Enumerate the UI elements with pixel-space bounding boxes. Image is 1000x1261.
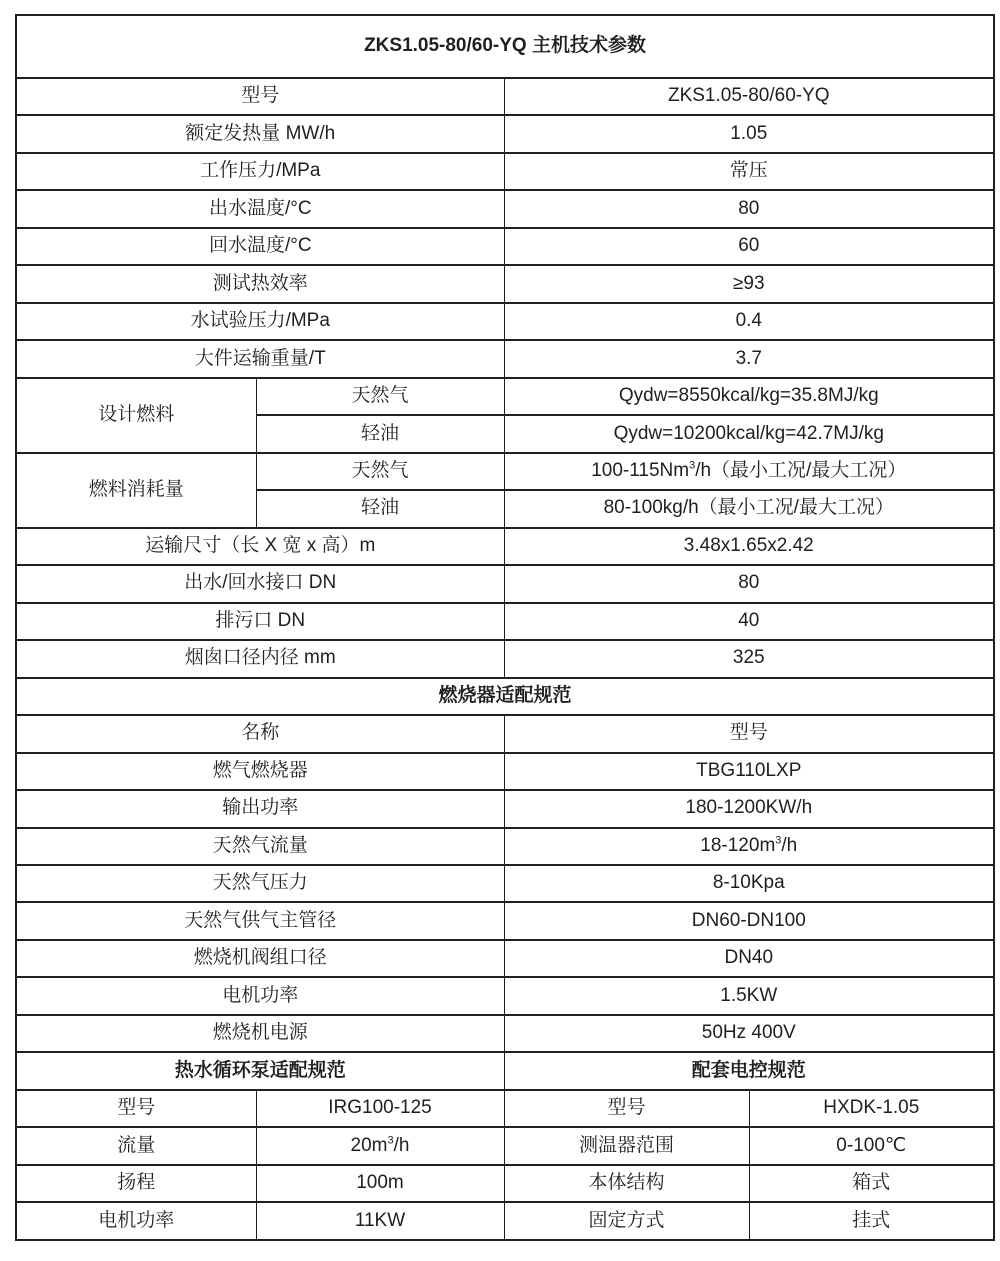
table-row: 回水温度/°C 60 [16,228,994,265]
table-row: 电机功率 11KW 固定方式 挂式 [16,1202,994,1240]
table-row: 水试验压力/MPa 0.4 [16,303,994,340]
row-label: 大件运输重量/T [16,340,504,377]
row-value: 3.48x1.65x2.42 [504,528,994,565]
row-value: 18-120m3/h [504,828,994,865]
row-value: IRG100-125 [256,1090,504,1127]
row-value: Qydw=8550kcal/kg=35.8MJ/kg [504,378,994,415]
row-label: 回水温度/°C [16,228,504,265]
row-label: 运输尺寸（长 X 宽 x 高）m [16,528,504,565]
row-label: 燃烧机电源 [16,1015,504,1052]
row-label: 固定方式 [504,1202,749,1240]
table-row: 名称 型号 [16,715,994,752]
row-value: 60 [504,228,994,265]
row-value: DN60-DN100 [504,902,994,939]
row-value: 8-10Kpa [504,865,994,902]
table-row: 出水/回水接口 DN 80 [16,565,994,602]
row-value: 40 [504,603,994,640]
table-row: 燃料消耗量 天然气 100-115Nm3/h（最小工况/最大工况） [16,453,994,490]
row-label: 出水温度/°C [16,190,504,227]
spec-table: ZKS1.05-80/60-YQ 主机技术参数 型号 ZKS1.05-80/60… [15,14,995,1241]
row-label: 型号 [504,1090,749,1127]
row-value: 80-100kg/h（最小工况/最大工况） [504,490,994,527]
row-value: 50Hz 400V [504,1015,994,1052]
table-row: 输出功率 180-1200KW/h [16,790,994,827]
value-text: /h [781,835,797,856]
section-header-row: 燃烧器适配规范 [16,678,994,715]
table-row: 运输尺寸（长 X 宽 x 高）m 3.48x1.65x2.42 [16,528,994,565]
row-value: 挂式 [749,1202,994,1240]
row-label: 流量 [16,1127,256,1164]
table-row: 天然气供气主管径 DN60-DN100 [16,902,994,939]
row-label: 燃气燃烧器 [16,753,504,790]
title-row: ZKS1.05-80/60-YQ 主机技术参数 [16,15,994,78]
row-label: 天然气供气主管径 [16,902,504,939]
table-row: 天然气流量 18-120m3/h [16,828,994,865]
value-text: /h（最小工况/最大工况） [695,460,906,481]
value-text: 100-115Nm [591,460,689,481]
table-row: 流量 20m3/h 测温器范围 0-100℃ [16,1127,994,1164]
row-label: 排污口 DN [16,603,504,640]
table-row: 测试热效率 ≥93 [16,265,994,302]
row-label: 电机功率 [16,1202,256,1240]
row-label: 天然气流量 [16,828,504,865]
row-value: 0-100℃ [749,1127,994,1164]
table-row: 出水温度/°C 80 [16,190,994,227]
row-label: 本体结构 [504,1165,749,1202]
row-value: 0.4 [504,303,994,340]
table-row: 额定发热量 MW/h 1.05 [16,115,994,152]
table-row: 设计燃料 天然气 Qydw=8550kcal/kg=35.8MJ/kg [16,378,994,415]
section-title: 燃烧器适配规范 [16,678,994,715]
row-value: ≥93 [504,265,994,302]
section-title-pump: 热水循环泵适配规范 [16,1052,504,1089]
row-label: 烟囱口径内径 mm [16,640,504,677]
fuel-sub-label: 轻油 [256,490,504,527]
row-label: 电机功率 [16,977,504,1014]
row-label: 型号 [16,1090,256,1127]
row-label: 输出功率 [16,790,504,827]
row-value: 100-115Nm3/h（最小工况/最大工况） [504,453,994,490]
row-value: 11KW [256,1202,504,1240]
value-text: /h [394,1135,410,1156]
row-value: 325 [504,640,994,677]
row-value: 型号 [504,715,994,752]
section-header-row: 热水循环泵适配规范 配套电控规范 [16,1052,994,1089]
row-label: 额定发热量 MW/h [16,115,504,152]
row-value: ZKS1.05-80/60-YQ [504,78,994,115]
table-row: 电机功率 1.5KW [16,977,994,1014]
table-row: 大件运输重量/T 3.7 [16,340,994,377]
row-label: 测试热效率 [16,265,504,302]
row-value: 20m3/h [256,1127,504,1164]
row-label: 出水/回水接口 DN [16,565,504,602]
fuel-group-label: 燃料消耗量 [16,453,256,528]
row-label: 工作压力/MPa [16,153,504,190]
value-text: 18-120m [700,835,775,856]
row-value: 常压 [504,153,994,190]
row-value: 1.5KW [504,977,994,1014]
row-value: 100m [256,1165,504,1202]
row-value: 80 [504,565,994,602]
table-row: 型号 IRG100-125 型号 HXDK-1.05 [16,1090,994,1127]
row-value: 1.05 [504,115,994,152]
row-label: 天然气压力 [16,865,504,902]
table-row: 排污口 DN 40 [16,603,994,640]
table-row: 燃烧机阀组口径 DN40 [16,940,994,977]
row-value: HXDK-1.05 [749,1090,994,1127]
row-label: 名称 [16,715,504,752]
row-label: 测温器范围 [504,1127,749,1164]
row-value: Qydw=10200kcal/kg=42.7MJ/kg [504,415,994,452]
row-label: 型号 [16,78,504,115]
table-row: 扬程 100m 本体结构 箱式 [16,1165,994,1202]
value-text: 20m [351,1135,388,1156]
table-row: 烟囱口径内径 mm 325 [16,640,994,677]
row-value: DN40 [504,940,994,977]
row-value: 3.7 [504,340,994,377]
table-row: 燃烧机电源 50Hz 400V [16,1015,994,1052]
fuel-sub-label: 天然气 [256,453,504,490]
row-label: 扬程 [16,1165,256,1202]
row-label: 水试验压力/MPa [16,303,504,340]
row-value: TBG110LXP [504,753,994,790]
table-title: ZKS1.05-80/60-YQ 主机技术参数 [16,15,994,78]
row-value: 箱式 [749,1165,994,1202]
row-label: 燃烧机阀组口径 [16,940,504,977]
table-row: 燃气燃烧器 TBG110LXP [16,753,994,790]
section-title-control: 配套电控规范 [504,1052,994,1089]
row-value: 80 [504,190,994,227]
row-value: 180-1200KW/h [504,790,994,827]
fuel-sub-label: 轻油 [256,415,504,452]
fuel-group-label: 设计燃料 [16,378,256,453]
table-row: 型号 ZKS1.05-80/60-YQ [16,78,994,115]
table-row: 天然气压力 8-10Kpa [16,865,994,902]
fuel-sub-label: 天然气 [256,378,504,415]
table-row: 工作压力/MPa 常压 [16,153,994,190]
page: ZKS1.05-80/60-YQ 主机技术参数 型号 ZKS1.05-80/60… [0,0,1000,1261]
